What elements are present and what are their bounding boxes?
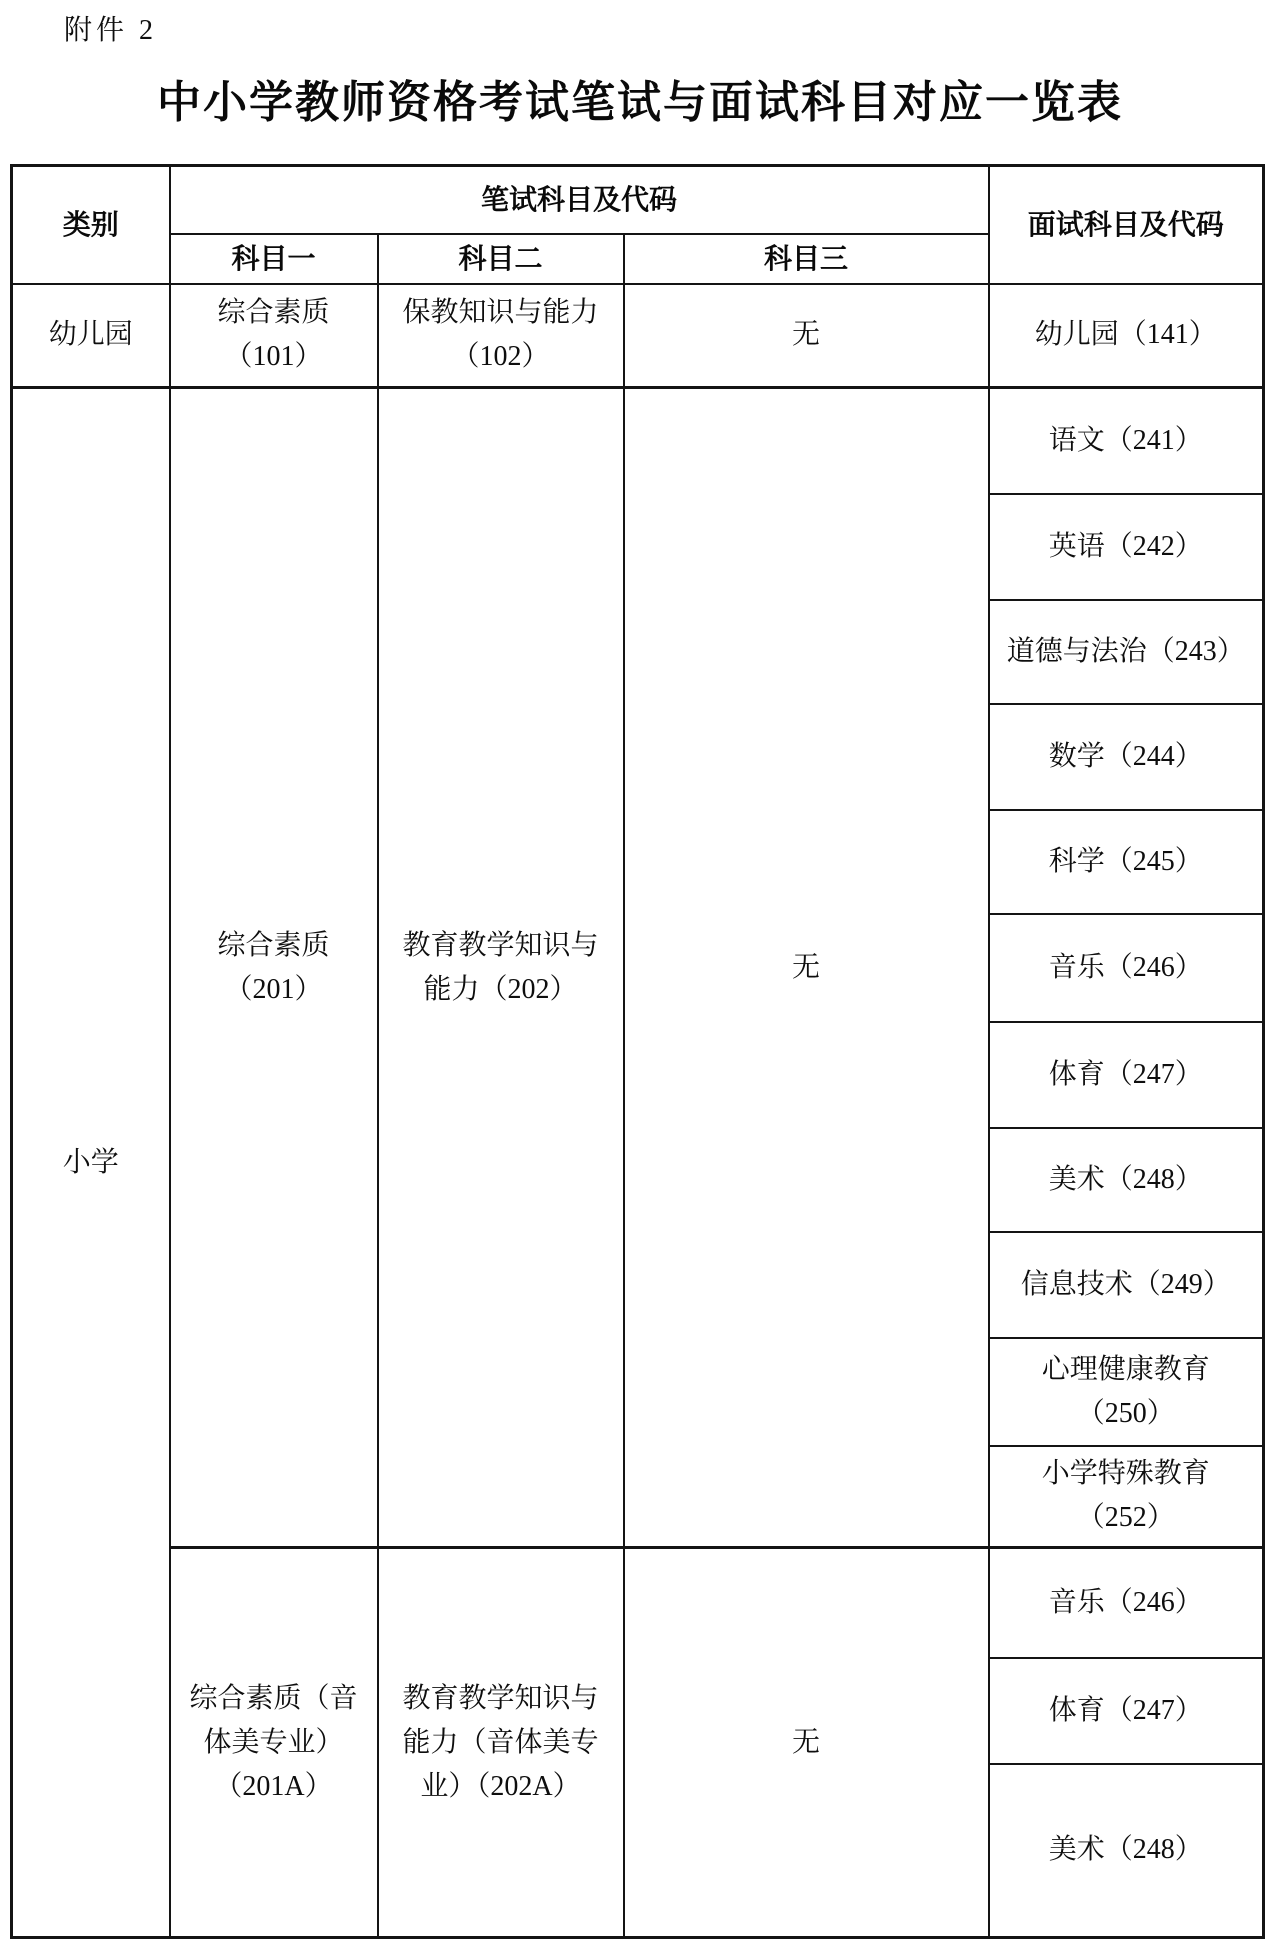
cell-kindergarten-subject3: 无 [624, 284, 989, 388]
interview-subject-cell: 音乐（246） [989, 914, 1264, 1022]
interview-subject-cell: 美术（248） [989, 1128, 1264, 1232]
interview-subject-cell: 英语（242） [989, 494, 1264, 600]
interview-subject-cell: 体育（247） [989, 1658, 1264, 1764]
header-written-group: 笔试科目及代码 [170, 166, 989, 234]
interview-subject-cell: 音乐（246） [989, 1548, 1264, 1658]
header-subject2: 科目二 [378, 234, 624, 284]
cell-primary-block2-subject2: 教育教学知识与 能力（音体美专 业）（202A） [378, 1548, 624, 1938]
header-interview-group: 面试科目及代码 [989, 166, 1264, 284]
cell-primary-block2-subject1: 综合素质（音 体美专业） （201A） [170, 1548, 378, 1938]
cell-primary-block2-subject3: 无 [624, 1548, 989, 1938]
cell-kindergarten-subject2: 保教知识与能力 （102） [378, 284, 624, 388]
interview-subject-cell: 美术（248） [989, 1764, 1264, 1938]
subject-mapping-table: 类别 笔试科目及代码 面试科目及代码 科目一 科目二 科目三 幼儿园 综合素质 … [10, 164, 1265, 1939]
header-category: 类别 [12, 166, 170, 284]
interview-subject-cell: 信息技术（249） [989, 1232, 1264, 1338]
interview-subject-cell: 道德与法治（243） [989, 600, 1264, 704]
header-subject3: 科目三 [624, 234, 989, 284]
interview-subject-cell: 小学特殊教育 （252） [989, 1446, 1264, 1548]
page-title: 中小学教师资格考试笔试与面试科目对应一览表 [0, 66, 1280, 130]
cell-primary-block1-subject2: 教育教学知识与 能力（202） [378, 388, 624, 1548]
interview-subject-cell: 心理健康教育 （250） [989, 1338, 1264, 1446]
cell-kindergarten-interview: 幼儿园（141） [989, 284, 1264, 388]
interview-subject-cell: 体育（247） [989, 1022, 1264, 1128]
cell-kindergarten-category: 幼儿园 [12, 284, 170, 388]
cell-primary-block1-subject3: 无 [624, 388, 989, 1548]
cell-primary-block1-subject1: 综合素质 （201） [170, 388, 378, 1548]
cell-primary-category: 小学 [12, 388, 170, 1938]
document-page: { "page": { "attachment_label": "附件 2", … [0, 0, 1280, 1948]
cell-kindergarten-subject1: 综合素质 （101） [170, 284, 378, 388]
interview-subject-cell: 科学（245） [989, 810, 1264, 914]
interview-subject-cell: 语文（241） [989, 388, 1264, 494]
interview-subject-cell: 数学（244） [989, 704, 1264, 810]
header-subject1: 科目一 [170, 234, 378, 284]
attachment-label: 附件 2 [64, 8, 157, 48]
